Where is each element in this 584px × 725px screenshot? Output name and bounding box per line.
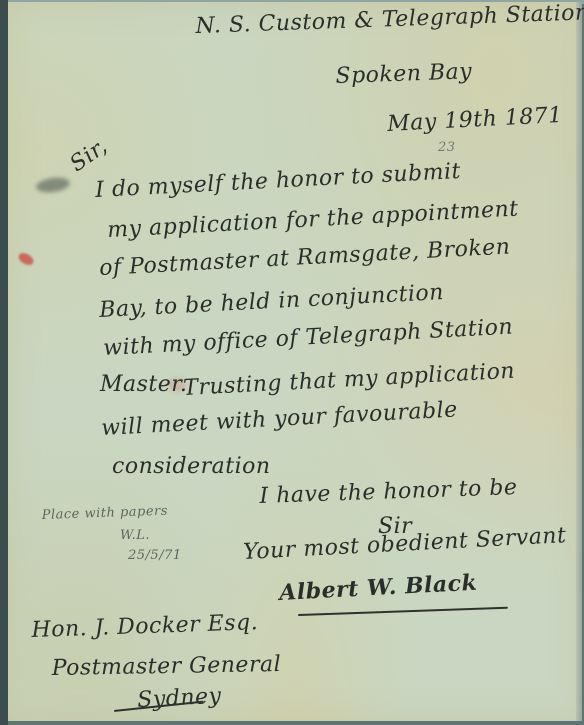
signature: Albert W. Black <box>279 570 478 606</box>
body-line-6: Master. <box>100 372 187 397</box>
body-line-4: Bay, to be held in conjunction <box>99 280 445 323</box>
margin-note-line-3: 25/5/71 <box>128 548 182 563</box>
closing-line-1: I have the honor to be <box>259 475 518 509</box>
body-line-3: of Postmaster at Ramsgate, Broken <box>99 234 511 281</box>
margin-note-line-1: Place with papers <box>41 504 168 523</box>
body-p2-line-1: Trusting that my application <box>183 359 516 401</box>
scan-left-edge <box>0 0 8 725</box>
letter-paper: N. S. Custom & Telegraph Station Spoken … <box>8 2 582 721</box>
header-place: Spoken Bay <box>335 59 472 89</box>
salutation: Sir, <box>66 134 112 177</box>
margin-note-line-2: W.L. <box>120 528 150 543</box>
body-p2-line-2: will meet with your favourable <box>101 397 459 441</box>
date-annotation: 23 <box>438 140 456 155</box>
body-line-1: I do myself the honor to submit <box>95 159 462 203</box>
signature-flourish <box>298 607 508 616</box>
addressee-line-1: Hon. J. Docker Esq. <box>31 610 258 643</box>
red-wax-mark <box>17 251 36 268</box>
ink-blot-stain <box>35 176 71 195</box>
paper-right-edge <box>576 2 582 721</box>
header-date: May 19th 1871 <box>387 103 564 137</box>
addressee-line-3: Sydney <box>137 684 222 713</box>
body-line-2: my application for the appointment <box>107 196 519 243</box>
body-p2-line-3: consideration <box>112 454 271 479</box>
addressee-line-2: Postmaster General <box>52 652 282 681</box>
body-line-5: with my office of Telegraph Station <box>103 315 514 361</box>
header-station: N. S. Custom & Telegraph Station <box>195 0 584 39</box>
